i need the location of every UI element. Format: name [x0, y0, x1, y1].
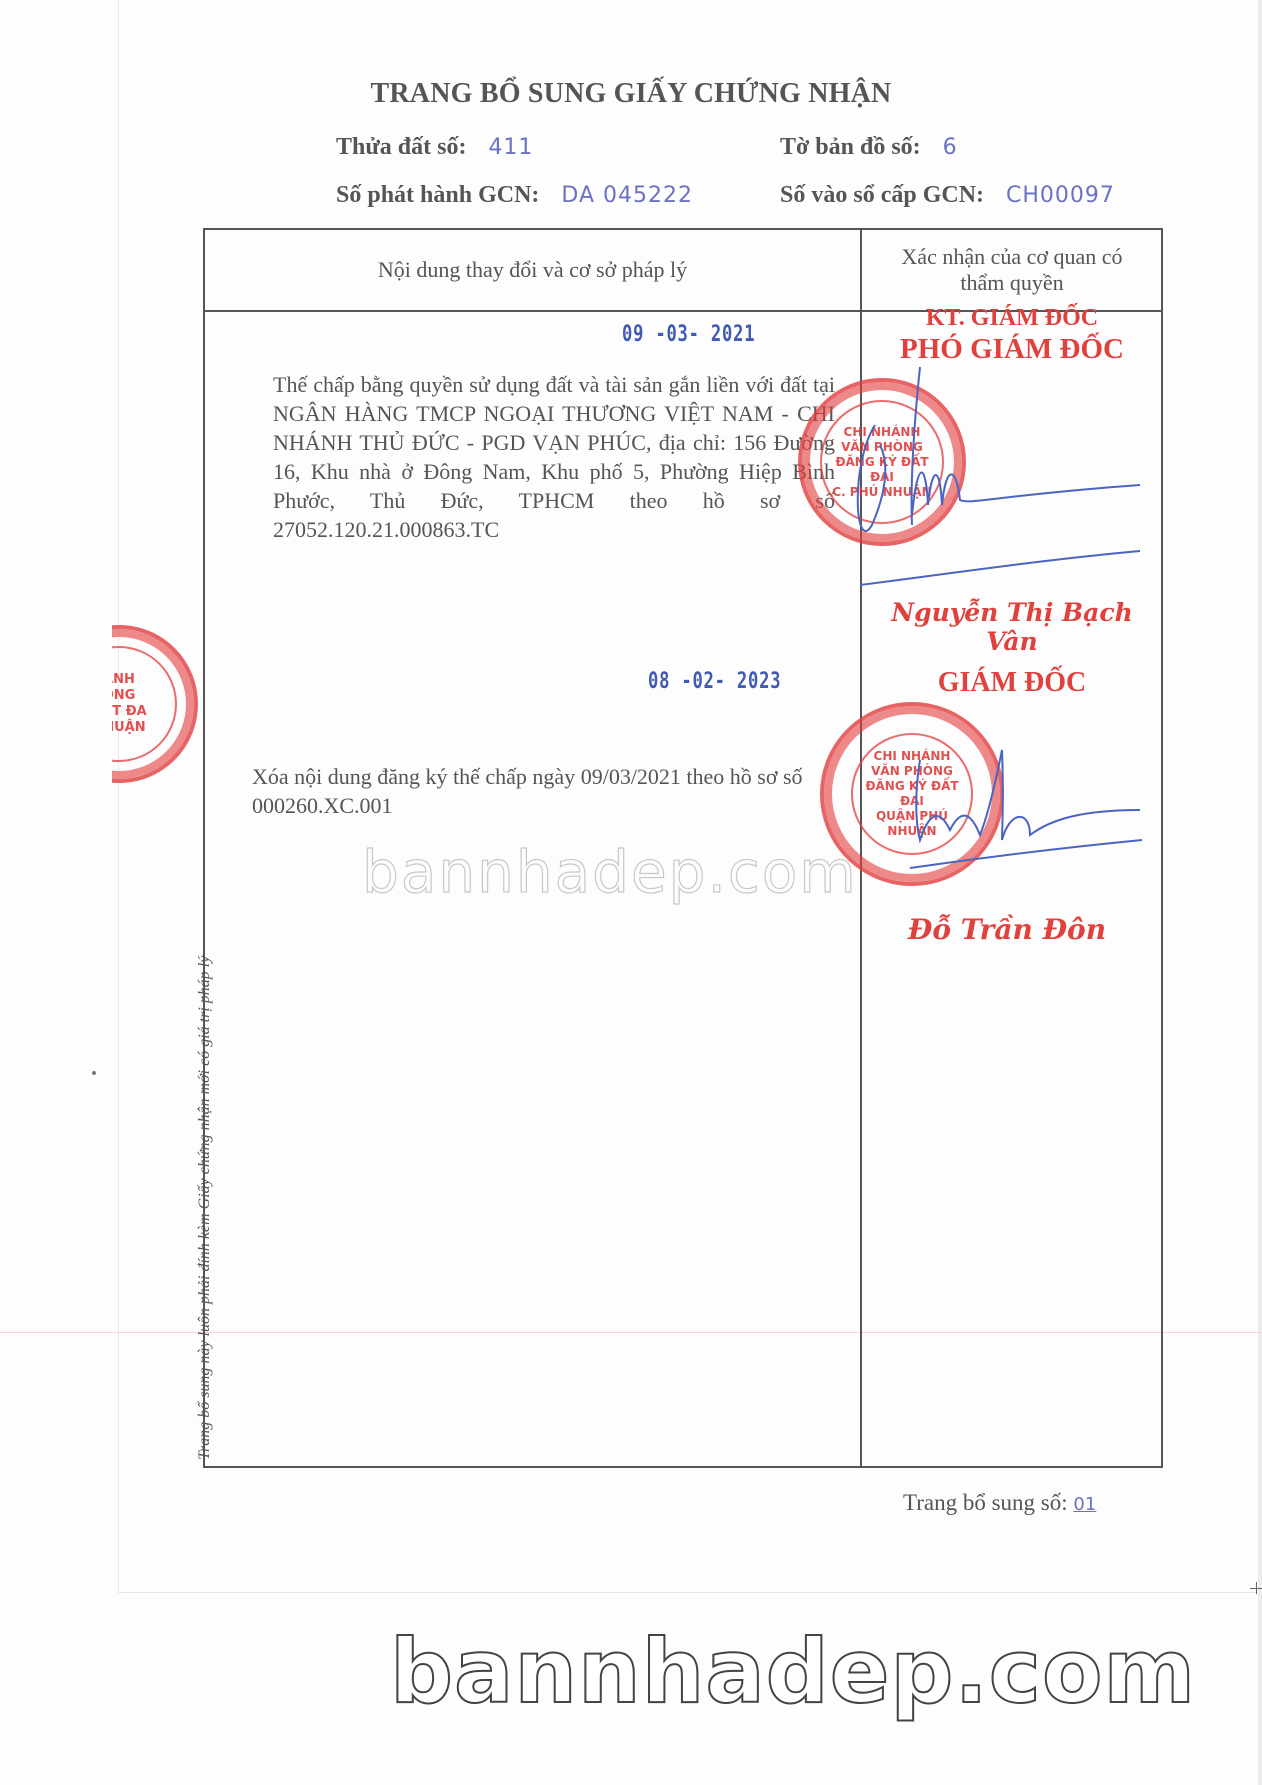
margin-seal: ÁNH ÒNG ĐẤT ĐA NHUẬN: [40, 625, 198, 783]
map-sheet-field: Tờ bản đồ số:6: [780, 134, 958, 161]
seal-text: CHI NHÁNH: [874, 749, 951, 764]
supplement-page-label: Trang bổ sung số:: [903, 1490, 1068, 1515]
issue-number-label: Số phát hành GCN:: [336, 182, 539, 208]
register-number-label: Số vào sổ cấp GCN:: [780, 182, 984, 208]
crop-mark: [1256, 1582, 1257, 1594]
issue-number-value: DA 045222: [561, 183, 693, 208]
map-sheet-label: Tờ bản đồ số:: [780, 134, 921, 160]
official-seal: CHI NHÁNH VĂN PHÒNG ĐĂNG KÝ ĐẤT ĐAI C. P…: [798, 378, 966, 546]
entry-date-stamp: 08 -02- 2023: [648, 669, 781, 694]
seal-text: QUẬN PHÚ NHUẬN: [853, 809, 971, 839]
supplement-page-value: 01: [1073, 1494, 1096, 1515]
authority-title: KT. GIÁM ĐỐC: [862, 305, 1162, 332]
watermark-logo: bannhadep.com: [390, 1620, 1196, 1723]
side-note: Trang bổ sung này luôn phải đính kèm Giấ…: [196, 956, 214, 1460]
parcel-number-value: 411: [488, 135, 533, 160]
seal-text: ĐĂNG KÝ ĐẤT ĐAI: [853, 779, 971, 809]
seal-text: ÁNH: [103, 672, 135, 688]
entry-date-stamp: 09 -03- 2021: [622, 322, 755, 347]
seal-text: C. PHÚ NHUẬN: [832, 485, 931, 500]
seal-text: VĂN PHÒNG: [841, 440, 923, 455]
issue-number-field: Số phát hành GCN:DA 045222: [336, 182, 693, 209]
register-number-value: CH00097: [1006, 183, 1115, 208]
authority-title: PHÓ GIÁM ĐỐC: [862, 333, 1162, 366]
register-number-field: Số vào sổ cấp GCN:CH00097: [780, 182, 1115, 209]
table-header-authority: Xác nhận của cơ quan có thẩm quyền: [862, 230, 1162, 310]
table-header-changes: Nội dung thay đổi và cơ sở pháp lý: [205, 230, 860, 310]
entry-text: Xóa nội dung đăng ký thế chấp ngày 09/03…: [252, 762, 862, 820]
seal-text: CHI NHÁNH: [844, 425, 921, 440]
parcel-number-label: Thửa đất số:: [336, 134, 466, 160]
seal-text: ÒNG: [103, 688, 136, 704]
supplement-page-number: Trang bổ sung số: 01: [903, 1490, 1096, 1516]
seal-text: VĂN PHÒNG: [871, 764, 953, 779]
page-edge: [1258, 0, 1262, 1785]
map-sheet-value: 6: [943, 135, 958, 160]
seal-text: ĐẤT ĐA: [91, 704, 146, 720]
authority-title: GIÁM ĐỐC: [862, 667, 1162, 699]
entry-text: Thế chấp bằng quyền sử dụng đất và tài s…: [273, 370, 835, 544]
parcel-number-field: Thửa đất số:411: [336, 134, 533, 161]
watermark-text: bannhadep.com: [362, 838, 858, 906]
document-title: TRANG BỔ SUNG GIẤY CHỨNG NHẬN: [0, 78, 1262, 110]
signer-name: Đỗ Trần Đôn: [862, 913, 1152, 946]
signer-name: Nguyễn Thị Bạch Vân: [862, 598, 1162, 656]
authority-header-text: Xác nhận của cơ quan có thẩm quyền: [877, 244, 1147, 296]
page-edge: [118, 1592, 1262, 1593]
seal-text: ĐĂNG KÝ ĐẤT ĐAI: [822, 455, 942, 485]
page-edge: [118, 0, 119, 1592]
seal-text: NHUẬN: [92, 720, 145, 736]
scan-speck: [92, 1071, 96, 1075]
